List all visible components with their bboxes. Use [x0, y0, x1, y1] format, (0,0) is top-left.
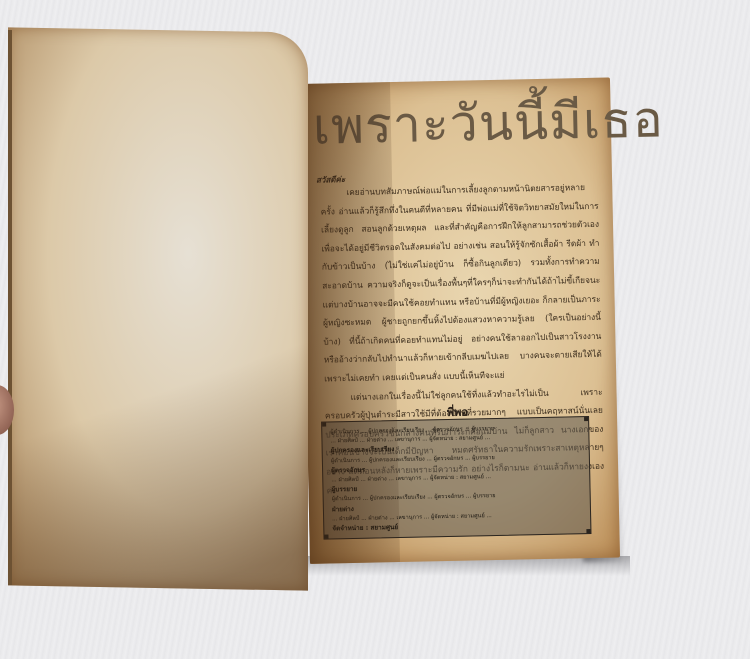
right-page: เพราะวันนี้มีเธอ สวัสดีค่ะ เคยอ่านบทสัมภ… — [300, 78, 620, 564]
credits-label: ผู้ตรวจอักษร — [331, 466, 365, 475]
credits-label: ผู้บรรยาย — [331, 485, 357, 494]
left-page — [8, 27, 308, 590]
credits-line: ... ฝ่ายศิลป์ ... ฝ่ายต่าง ... เลขานุการ… — [332, 510, 582, 524]
photo-scene: เพราะวันนี้มีเธอ สวัสดีค่ะ เคยอ่านบทสัมภ… — [0, 0, 750, 659]
credits-box: ผู้ดำเนินการ ... ผู้ปกครองและเรียบเรียง … — [321, 416, 591, 540]
corner-mark-icon — [586, 529, 591, 534]
credits-line: ผู้ดำเนินการ ... ผู้ปกครองและเรียบเรียง … — [332, 491, 582, 505]
credits-label: ฝ่ายต่าง — [332, 505, 354, 513]
credits-label: จัดจำหน่าย : สยามศูนย์ — [332, 523, 398, 532]
corner-mark-icon — [321, 422, 326, 427]
credits-label: ผู้ปกครองและเรียบเรียง — [331, 446, 395, 455]
book-title: เพราะวันนี้มีเธอ — [312, 96, 605, 152]
corner-mark-icon — [584, 416, 589, 421]
paragraph: เคยอ่านบทสัมภาษณ์พ่อแม่ในการเลี้ยงลูกตาม… — [320, 178, 602, 388]
corner-mark-icon — [323, 535, 328, 540]
left-page-edge — [8, 30, 12, 585]
credits-line: ... ฝ่ายศิลป์ ... ฝ่ายต่าง ... เลขานุการ… — [331, 471, 581, 485]
